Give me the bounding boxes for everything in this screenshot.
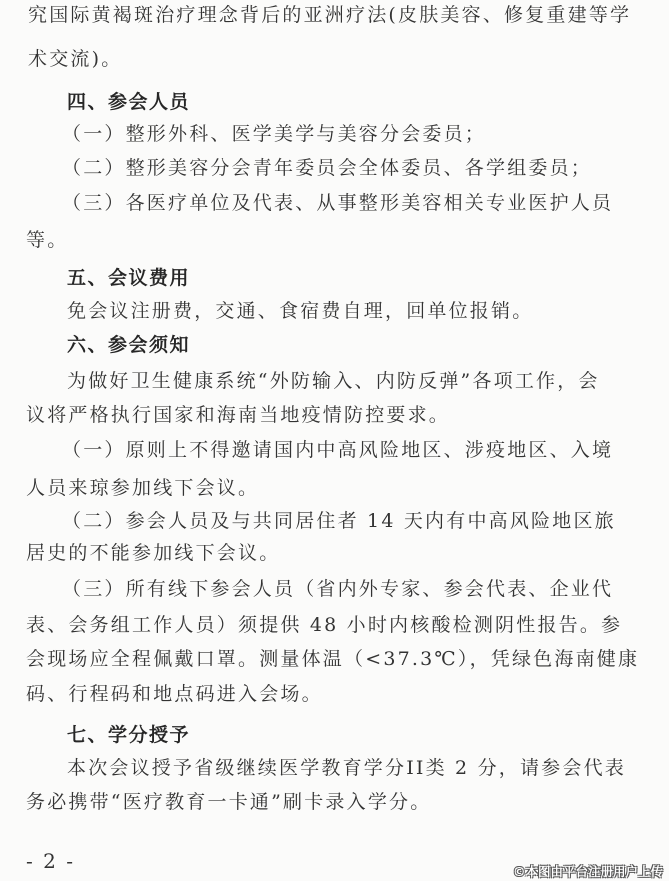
document-page: 究国际黄褐斑治疗理念背后的亚洲疗法(皮肤美容、修复重建等学 术交流)。 四、参会…: [0, 0, 669, 881]
section-7-body-b: 务必携带“医疗教育一卡通”刷卡录入学分。: [26, 790, 431, 814]
page-number: - 2 -: [26, 849, 75, 873]
section-4-item-2: （二）整形美容分会青年委员会全体委员、各学组委员；: [62, 156, 592, 180]
intro-line-1: 究国际黄褐斑治疗理念背后的亚洲疗法(皮肤美容、修复重建等学: [28, 3, 631, 27]
section-4-heading: 四、参会人员: [67, 90, 190, 114]
section-6-item-3b: 表、会务组工作人员）须提供 48 小时内核酸检测阴性报告。参: [26, 613, 622, 637]
section-6-intro-a: 为做好卫生健康系统“外防输入、内防反弹”各项工作，会: [67, 369, 600, 393]
section-6-item-2a: （二）参会人员及与共同居住者 14 天内有中高风险地区旅: [62, 509, 616, 533]
section-4-item-3a: （三）各医疗单位及代表、从事整形美容相关专业医护人员: [62, 191, 613, 215]
section-6-item-1a: （一）原则上不得邀请国内中高风险地区、涉疫地区、入境: [62, 438, 613, 462]
section-4-item-1: （一）整形外科、医学美学与美容分会委员；: [62, 122, 486, 146]
section-6-item-3d: 码、行程码和地点码进入会场。: [26, 682, 323, 706]
section-6-item-1b: 人员来琼参加线下会议。: [26, 476, 259, 500]
section-7-heading: 七、学分授予: [67, 723, 190, 747]
section-6-item-3c: 会现场应全程佩戴口罩。测量体温（<37.3℃），凭绿色海南健康: [26, 647, 639, 671]
section-5-heading: 五、会议费用: [67, 266, 190, 290]
section-6-intro-b: 议将严格执行国家和海南当地疫情防控要求。: [26, 403, 450, 427]
section-6-item-2b: 居史的不能参加线下会议。: [26, 541, 280, 565]
intro-line-2: 术交流)。: [28, 47, 122, 71]
section-4-item-3b: 等。: [26, 228, 68, 252]
section-6-heading: 六、参会须知: [67, 333, 190, 357]
section-5-body: 免会议注册费，交通、食宿费自理，回单位报销。: [67, 299, 533, 323]
upload-watermark: ©本图由平台注册用户上传: [513, 862, 663, 880]
section-6-item-3a: （三）所有线下参会人员（省内外专家、参会代表、企业代: [62, 577, 613, 601]
section-7-body-a: 本次会议授予省级继续医学教育学分II类 2 分，请参会代表: [67, 756, 626, 780]
